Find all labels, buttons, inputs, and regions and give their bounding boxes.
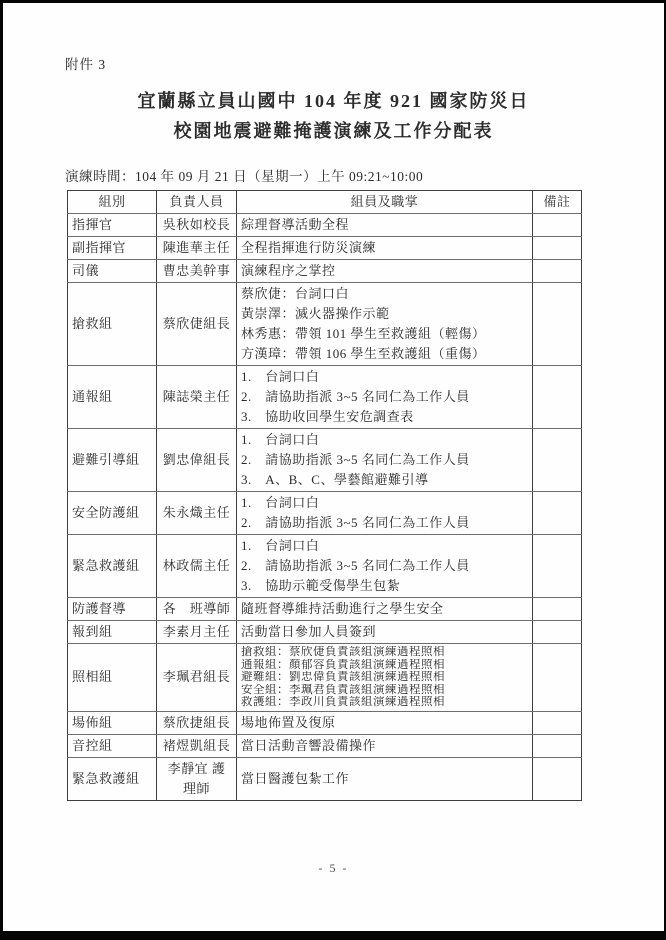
duties-list: 當日活動音響設備操作 xyxy=(241,736,528,756)
group-cell: 司儀 xyxy=(68,260,157,283)
duties-cell: 隨班督導維持活動進行之學生安全 xyxy=(237,598,533,621)
duties-list: 蔡欣倢：台詞口白黃崇澤：滅火器操作示範林秀惠：帶領 101 學生至救護組（輕傷）… xyxy=(241,284,528,364)
note-cell xyxy=(533,429,582,492)
duties-cell: 1. 台詞口白2. 請協助指派 3~5 名同仁為工作人員3. 協助示範受傷學生包… xyxy=(237,535,533,598)
group-cell: 搶救組 xyxy=(68,283,157,366)
duties-list: 演練程序之掌控 xyxy=(241,261,528,281)
person-cell: 蔡欣捷組長 xyxy=(157,711,237,734)
header-note: 備註 xyxy=(533,191,582,214)
duty-line: 全程指揮進行防災演練 xyxy=(241,238,528,258)
person-cell: 曹忠美幹事 xyxy=(157,260,237,283)
person-cell: 吳秋如校長 xyxy=(157,214,237,237)
table-row: 緊急救護組 林政儒主任 1. 台詞口白2. 請協助指派 3~5 名同仁為工作人員… xyxy=(68,535,582,598)
table-header-row: 組別 負責人員 組員及職掌 備註 xyxy=(68,191,582,214)
duties-cell: 活動當日參加人員簽到 xyxy=(237,621,533,644)
note-cell xyxy=(533,598,582,621)
duties-list: 全程指揮進行防災演練 xyxy=(241,238,528,258)
note-cell xyxy=(533,621,582,644)
person-cell: 蔡欣倢組長 xyxy=(157,283,237,366)
note-cell xyxy=(533,214,582,237)
header-person: 負責人員 xyxy=(157,191,237,214)
group-cell: 副指揮官 xyxy=(68,237,157,260)
page-number: - 5 - xyxy=(3,861,664,876)
duties-cell: 全程指揮進行防災演練 xyxy=(237,237,533,260)
group-cell: 音控組 xyxy=(68,734,157,757)
person-cell: 褚煜凱組長 xyxy=(157,734,237,757)
duty-line: 黃崇澤：滅火器操作示範 xyxy=(241,304,528,324)
duty-line: 2. 請協助指派 3~5 名同仁為工作人員 xyxy=(241,387,528,407)
table-row: 避難引導組 劉忠偉組長 1. 台詞口白2. 請協助指派 3~5 名同仁為工作人員… xyxy=(68,429,582,492)
duty-line: 搶救組：蔡欣倢負責該組演練過程照相 xyxy=(241,646,528,659)
note-cell xyxy=(533,260,582,283)
duty-line: 隨班督導維持活動進行之學生安全 xyxy=(241,599,528,619)
duty-line: 演練程序之掌控 xyxy=(241,261,528,281)
header-duties: 組員及職掌 xyxy=(237,191,533,214)
note-cell xyxy=(533,757,582,800)
table-row: 通報組 陳誌榮主任 1. 台詞口白2. 請協助指派 3~5 名同仁為工作人員3.… xyxy=(68,366,582,429)
person-cell: 李素月主任 xyxy=(157,621,237,644)
document-title-line1: 宜蘭縣立員山國中 104 年度 921 國家防災日 xyxy=(3,87,664,113)
table-row: 報到組 李素月主任 活動當日參加人員簽到 xyxy=(68,621,582,644)
attachment-label: 附件 3 xyxy=(65,53,106,73)
group-cell: 緊急救護組 xyxy=(68,757,157,800)
person-cell: 李靜宜 護理師 xyxy=(157,757,237,800)
group-cell: 場佈組 xyxy=(68,711,157,734)
person-cell: 陳進華主任 xyxy=(157,237,237,260)
duties-list: 1. 台詞口白2. 請協助指派 3~5 名同仁為工作人員3. A、B、C、學藝館… xyxy=(241,430,528,490)
scanned-document-frame: 附件 3 宜蘭縣立員山國中 104 年度 921 國家防災日 校園地震避難掩護演… xyxy=(0,0,666,940)
group-cell: 避難引導組 xyxy=(68,429,157,492)
duties-list: 當日醫護包紮工作 xyxy=(241,769,528,789)
note-cell xyxy=(533,734,582,757)
table-row: 副指揮官 陳進華主任 全程指揮進行防災演練 xyxy=(68,237,582,260)
group-cell: 報到組 xyxy=(68,621,157,644)
note-cell xyxy=(533,492,582,535)
table-row: 緊急救護組 李靜宜 護理師 當日醫護包紮工作 xyxy=(68,757,582,800)
group-cell: 通報組 xyxy=(68,366,157,429)
duty-line: 3. 協助收回學生安危調查表 xyxy=(241,407,528,427)
note-cell xyxy=(533,535,582,598)
group-cell: 緊急救護組 xyxy=(68,535,157,598)
note-cell xyxy=(533,644,582,712)
duty-line: 3. A、B、C、學藝館避難引導 xyxy=(241,470,528,490)
person-cell: 林政儒主任 xyxy=(157,535,237,598)
duties-list: 1. 台詞口白2. 請協助指派 3~5 名同仁為工作人員 xyxy=(241,493,528,533)
person-cell: 朱永熾主任 xyxy=(157,492,237,535)
duty-line: 1. 台詞口白 xyxy=(241,367,528,387)
duty-line: 2. 請協助指派 3~5 名同仁為工作人員 xyxy=(241,450,528,470)
duty-line: 當日活動音響設備操作 xyxy=(241,736,528,756)
table-row: 指揮官 吳秋如校長 綜理督導活動全程 xyxy=(68,214,582,237)
duty-line: 活動當日參加人員簽到 xyxy=(241,622,528,642)
duty-line: 林秀惠：帶領 101 學生至救護組（輕傷） xyxy=(241,324,528,344)
group-cell: 照相組 xyxy=(68,644,157,712)
note-cell xyxy=(533,366,582,429)
duties-list: 活動當日參加人員簽到 xyxy=(241,622,528,642)
duty-line: 通報組：顏郁容負責該組演練過程照相 xyxy=(241,659,528,672)
table-row: 司儀 曹忠美幹事 演練程序之掌控 xyxy=(68,260,582,283)
duty-line: 1. 台詞口白 xyxy=(241,493,528,513)
duties-cell: 演練程序之掌控 xyxy=(237,260,533,283)
person-cell: 陳誌榮主任 xyxy=(157,366,237,429)
group-cell: 指揮官 xyxy=(68,214,157,237)
assignment-table: 組別 負責人員 組員及職掌 備註 指揮官 吳秋如校長 綜理督導活動全程 副指揮官… xyxy=(67,190,582,801)
duty-line: 安全組：李珮君負責該組演練過程照相 xyxy=(241,684,528,697)
duty-line: 3. 協助示範受傷學生包紮 xyxy=(241,576,528,596)
duty-line: 1. 台詞口白 xyxy=(241,430,528,450)
table-row: 場佈組 蔡欣捷組長 場地佈置及復原 xyxy=(68,711,582,734)
document-title-line2: 校園地震避難掩護演練及工作分配表 xyxy=(3,117,664,143)
table-row: 音控組 褚煜凱組長 當日活動音響設備操作 xyxy=(68,734,582,757)
duties-cell: 1. 台詞口白2. 請協助指派 3~5 名同仁為工作人員3. 協助收回學生安危調… xyxy=(237,366,533,429)
table-row: 防護督導 各 班導師 隨班督導維持活動進行之學生安全 xyxy=(68,598,582,621)
document-page: 附件 3 宜蘭縣立員山國中 104 年度 921 國家防災日 校園地震避難掩護演… xyxy=(3,3,664,931)
table-row: 搶救組 蔡欣倢組長 蔡欣倢：台詞口白黃崇澤：滅火器操作示範林秀惠：帶領 101 … xyxy=(68,283,582,366)
drill-time-line: 演練時間：104 年 09 月 21 日（星期一）上午 09:21~10:00 xyxy=(65,165,423,185)
duty-line: 避難組：劉忠偉負責該組演練過程照相 xyxy=(241,671,528,684)
header-group: 組別 xyxy=(68,191,157,214)
duty-line: 當日醫護包紮工作 xyxy=(241,769,528,789)
duties-cell: 綜理督導活動全程 xyxy=(237,214,533,237)
duty-line: 蔡欣倢：台詞口白 xyxy=(241,284,528,304)
duties-list: 搶救組：蔡欣倢負責該組演練過程照相通報組：顏郁容負責該組演練過程照相避難組：劉忠… xyxy=(241,645,528,710)
duties-cell: 1. 台詞口白2. 請協助指派 3~5 名同仁為工作人員 xyxy=(237,492,533,535)
duty-line: 救護組：李政川負責該組演練過程照相 xyxy=(241,696,528,709)
duty-line: 場地佈置及復原 xyxy=(241,713,528,733)
group-cell: 防護督導 xyxy=(68,598,157,621)
duties-cell: 1. 台詞口白2. 請協助指派 3~5 名同仁為工作人員3. A、B、C、學藝館… xyxy=(237,429,533,492)
person-cell: 李珮君組長 xyxy=(157,644,237,712)
person-cell: 各 班導師 xyxy=(157,598,237,621)
duties-cell: 蔡欣倢：台詞口白黃崇澤：滅火器操作示範林秀惠：帶領 101 學生至救護組（輕傷）… xyxy=(237,283,533,366)
duty-line: 2. 請協助指派 3~5 名同仁為工作人員 xyxy=(241,556,528,576)
duties-cell: 當日醫護包紮工作 xyxy=(237,757,533,800)
duties-list: 綜理督導活動全程 xyxy=(241,215,528,235)
note-cell xyxy=(533,283,582,366)
duties-list: 隨班督導維持活動進行之學生安全 xyxy=(241,599,528,619)
duties-cell: 搶救組：蔡欣倢負責該組演練過程照相通報組：顏郁容負責該組演練過程照相避難組：劉忠… xyxy=(237,644,533,712)
duties-cell: 場地佈置及復原 xyxy=(237,711,533,734)
note-cell xyxy=(533,711,582,734)
note-cell xyxy=(533,237,582,260)
person-cell: 劉忠偉組長 xyxy=(157,429,237,492)
table-row: 照相組 李珮君組長 搶救組：蔡欣倢負責該組演練過程照相通報組：顏郁容負責該組演練… xyxy=(68,644,582,712)
duties-list: 場地佈置及復原 xyxy=(241,713,528,733)
duties-cell: 當日活動音響設備操作 xyxy=(237,734,533,757)
group-cell: 安全防護組 xyxy=(68,492,157,535)
duty-line: 綜理督導活動全程 xyxy=(241,215,528,235)
duties-list: 1. 台詞口白2. 請協助指派 3~5 名同仁為工作人員3. 協助示範受傷學生包… xyxy=(241,536,528,596)
table-row: 安全防護組 朱永熾主任 1. 台詞口白2. 請協助指派 3~5 名同仁為工作人員 xyxy=(68,492,582,535)
duty-line: 2. 請協助指派 3~5 名同仁為工作人員 xyxy=(241,513,528,533)
duty-line: 方漢璋：帶領 106 學生至救護組（重傷） xyxy=(241,344,528,364)
duty-line: 1. 台詞口白 xyxy=(241,536,528,556)
duties-list: 1. 台詞口白2. 請協助指派 3~5 名同仁為工作人員3. 協助收回學生安危調… xyxy=(241,367,528,427)
